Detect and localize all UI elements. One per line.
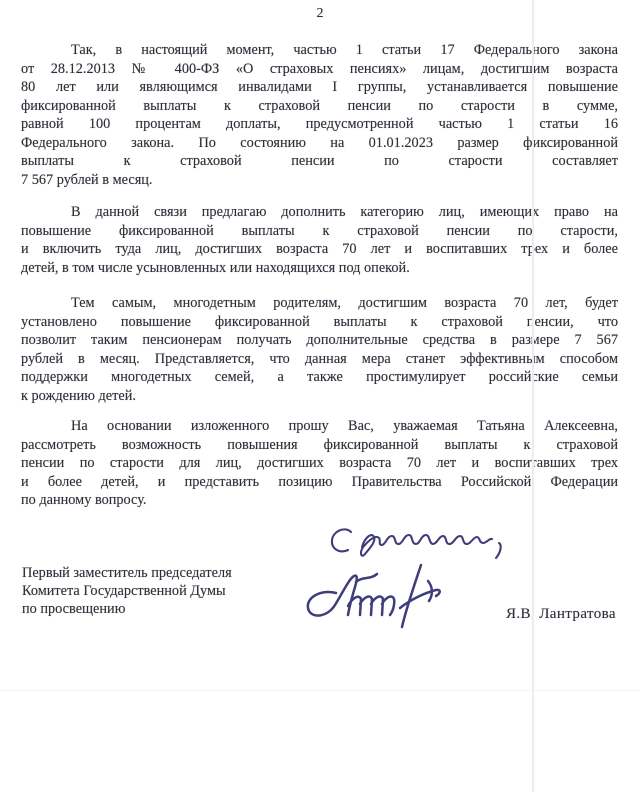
letter-line: установлено повышение фиксированной выпл… [21, 313, 618, 332]
signer-position-line: по просвещению [22, 601, 232, 619]
letter-line: от 28.12.2013 № 400-ФЗ «О страховых пенс… [21, 60, 618, 79]
page-number: 2 [0, 6, 640, 22]
letter-line: 80 лет или являющимся инвалидами I групп… [21, 78, 618, 97]
document-page: { "page": { "number": "2" }, "letter": {… [0, 0, 640, 792]
letter-line: Так, в настоящий момент, частью 1 статьи… [21, 41, 618, 60]
letter-line: В данной связи предлагаю дополнить катег… [21, 203, 618, 222]
signer-name: Я.В. Лантратова [506, 606, 616, 623]
letter-line: по данному вопросу. [21, 491, 618, 510]
letter-line: повышение фиксированной выплаты к страхо… [21, 222, 618, 241]
handwritten-signature [300, 551, 505, 636]
paragraph-1: Так, в настоящий момент, частью 1 статьи… [21, 41, 618, 189]
scan-fold-line-horizontal [0, 690, 640, 691]
letter-body: Так, в настоящий момент, частью 1 статьи… [21, 41, 618, 510]
signer-position-block: Первый заместитель председателя Комитета… [22, 565, 232, 618]
scan-seam-vertical [532, 0, 534, 792]
letter-line: поддержки многодетных семей, а также про… [21, 368, 618, 387]
letter-line: На основании изложенного прошу Вас, уваж… [21, 417, 618, 436]
letter-line: позволит таким пенсионерам получать допо… [21, 331, 618, 350]
paragraph-3: Тем самым, многодетным родителям, достиг… [21, 294, 618, 405]
handwriting-signature-strokes [300, 551, 505, 636]
letter-line: Федерального закона. По состоянию на 01.… [21, 134, 618, 153]
signer-position-line: Первый заместитель председателя [22, 565, 232, 583]
letter-line: фиксированной выплаты к страховой пенсии… [21, 97, 618, 116]
letter-line: к рождению детей. [21, 387, 618, 406]
letter-line: 7 567 рублей в месяц. [21, 171, 618, 190]
letter-line: детей, в том числе усыновленных или нахо… [21, 259, 618, 278]
letter-line: и включить туда лиц, достигших возраста … [21, 240, 618, 259]
letter-line: рассмотреть возможность повышения фиксир… [21, 436, 618, 455]
paragraph-4: На основании изложенного прошу Вас, уваж… [21, 417, 618, 510]
letter-line: рублей в месяц. Представляется, что данн… [21, 350, 618, 369]
signer-position-line: Комитета Государственной Думы [22, 583, 232, 601]
paragraph-2: В данной связи предлагаю дополнить катег… [21, 203, 618, 277]
letter-line: Тем самым, многодетным родителям, достиг… [21, 294, 618, 313]
letter-line: равной 100 процентам доплаты, предусмотр… [21, 115, 618, 134]
letter-line: и более детей, и представить позицию Пра… [21, 473, 618, 492]
letter-line: выплаты к страховой пенсии по старости с… [21, 152, 618, 171]
letter-line: пенсии по старости для лиц, достигших во… [21, 454, 618, 473]
